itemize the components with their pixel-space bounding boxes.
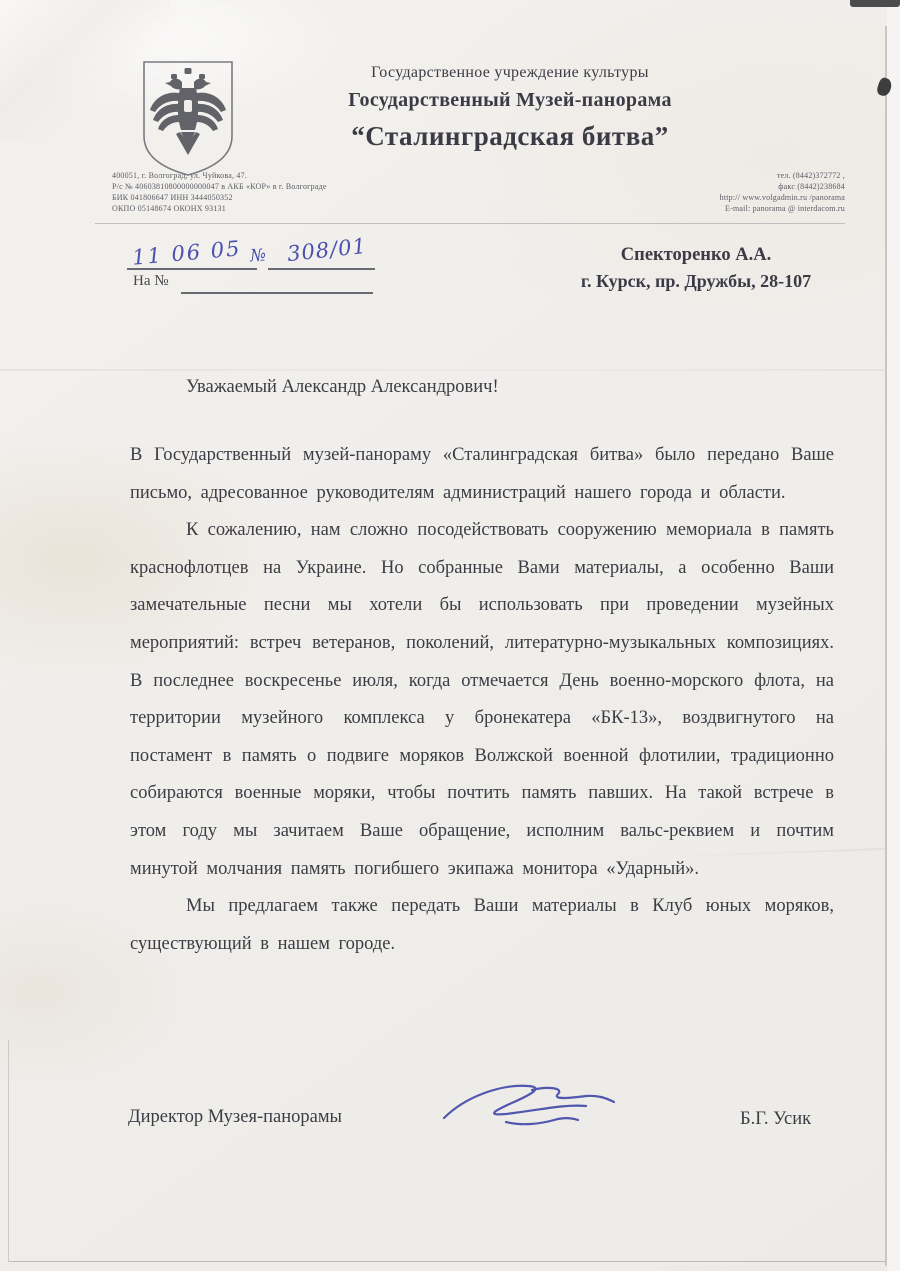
detail-line: http:// www.volgadmin.ru /panorama: [600, 192, 845, 203]
date-underline: [127, 268, 257, 270]
scanned-letter-page: Государственное учреждение культуры Госу…: [0, 0, 900, 1271]
scan-edge: [887, 0, 900, 1271]
letter-body: В Государственный музей-панораму «Сталин…: [130, 437, 834, 963]
handwritten-date: 11 06 05: [131, 236, 242, 269]
paragraph: К сожалению, нам сложно посодействовать …: [130, 512, 834, 888]
recipient-address: г. Курск, пр. Дружбы, 28-107: [545, 271, 847, 292]
detail-line: 400051, г. Волгоград, ул. Чуйкова, 47.: [112, 170, 382, 181]
handwritten-signature: [436, 1078, 626, 1142]
detail-line: БИК 041806647 ИНН 3444050352: [112, 192, 382, 203]
recipient-block: Спекторенко А.А. г. Курск, пр. Дружбы, 2…: [545, 245, 847, 292]
detail-line: факс (8442)238684: [600, 181, 845, 192]
double-headed-eagle-icon: [138, 60, 238, 178]
detail-line: E-mail: panorama @ interdacom.ru: [600, 203, 845, 214]
paper-edge-line: [8, 1261, 886, 1262]
number-underline: [268, 268, 375, 270]
paper-edge-line: [885, 26, 887, 1266]
detail-line: ОКПО 05148674 ОКОНХ 93131: [112, 203, 382, 214]
paragraph: Мы предлагаем также передать Ваши матери…: [130, 888, 834, 963]
paper-fold-crease: [0, 369, 900, 371]
paper-edge-line: [8, 1040, 9, 1262]
handwritten-outgoing-number: 308/01: [286, 234, 368, 266]
org-title-quoted: “Сталинградская битва”: [240, 121, 780, 152]
detail-line: тел. (8442)372772 ,: [600, 170, 845, 181]
org-type: Государственное учреждение культуры: [240, 64, 780, 82]
paragraph: В Государственный музей-панораму «Сталин…: [130, 437, 834, 512]
detail-line: Р/с № 40603810800000000047 в АКБ «КОР» в…: [112, 181, 382, 192]
reply-to-label: На №: [133, 273, 169, 290]
salutation: Уважаемый Александр Александрович!: [186, 377, 499, 398]
recipient-name: Спекторенко А.А.: [545, 245, 847, 266]
coat-of-arms-emblem: [138, 60, 238, 178]
signer-name: Б.Г. Усик: [740, 1109, 811, 1130]
letterhead: Государственное учреждение культуры Госу…: [240, 64, 780, 152]
letterhead-details-left: 400051, г. Волгоград, ул. Чуйкова, 47. Р…: [112, 170, 382, 214]
handwritten-number-sign: №: [249, 245, 266, 266]
reply-to-underline: [181, 292, 373, 294]
org-name: Государственный Музей-панорама: [240, 89, 780, 112]
scan-artifact: [850, 0, 900, 7]
signer-position: Директор Музея-панорамы: [128, 1107, 342, 1128]
letterhead-divider: [95, 223, 845, 224]
letterhead-details-right: тел. (8442)372772 , факс (8442)238684 ht…: [600, 170, 845, 214]
